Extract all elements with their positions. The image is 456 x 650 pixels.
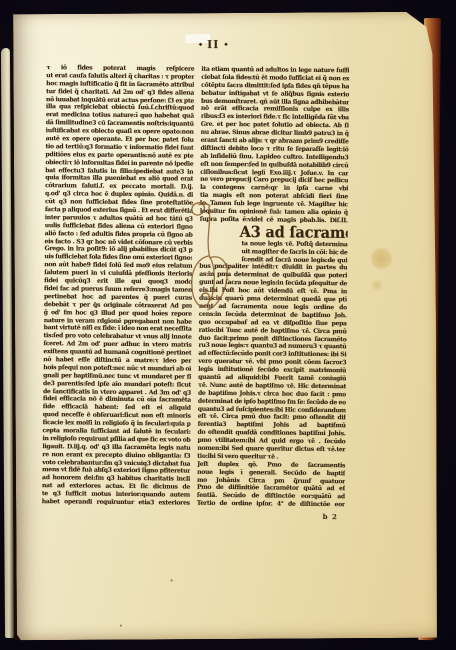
- folio-numeral: II: [207, 38, 219, 51]
- paper-speck: [120, 625, 122, 627]
- folio-ornament-left: ◆: [199, 43, 203, 48]
- paper-speck: [171, 579, 173, 581]
- book-page: ◆ II ◆ τ iō fides poterat magis reſpicer…: [13, 12, 438, 641]
- photo-backdrop: ◆ II ◆ τ iō fides poterat magis reſpicer…: [0, 0, 456, 650]
- quaestio-block: Jeſt duplex qō. Pmo de ſacramentisnoue l…: [197, 460, 345, 509]
- folio-ornament-right: ◆: [224, 42, 228, 47]
- paper-stain-large: [371, 247, 393, 270]
- pen-flourish-initial-icon: [180, 200, 235, 323]
- text-block: τ iō fides poterat magis reſpicere media…: [41, 64, 352, 541]
- text-line: Tertio de ordine ipſor. 4° de diſtinctōe…: [197, 500, 345, 509]
- paper-speck: [76, 137, 78, 139]
- folio-number: ◆ II ◆: [181, 38, 245, 51]
- text-column-left: τ iō fides poterat magis reſpicere media…: [42, 64, 195, 507]
- text-line: habet operandi requiruntur etia3 exterio…: [42, 498, 190, 507]
- paper-stain-small: [371, 278, 384, 292]
- section-heading: A3 ad ſacramen: [240, 224, 348, 242]
- quire-signature: b 2: [323, 512, 345, 521]
